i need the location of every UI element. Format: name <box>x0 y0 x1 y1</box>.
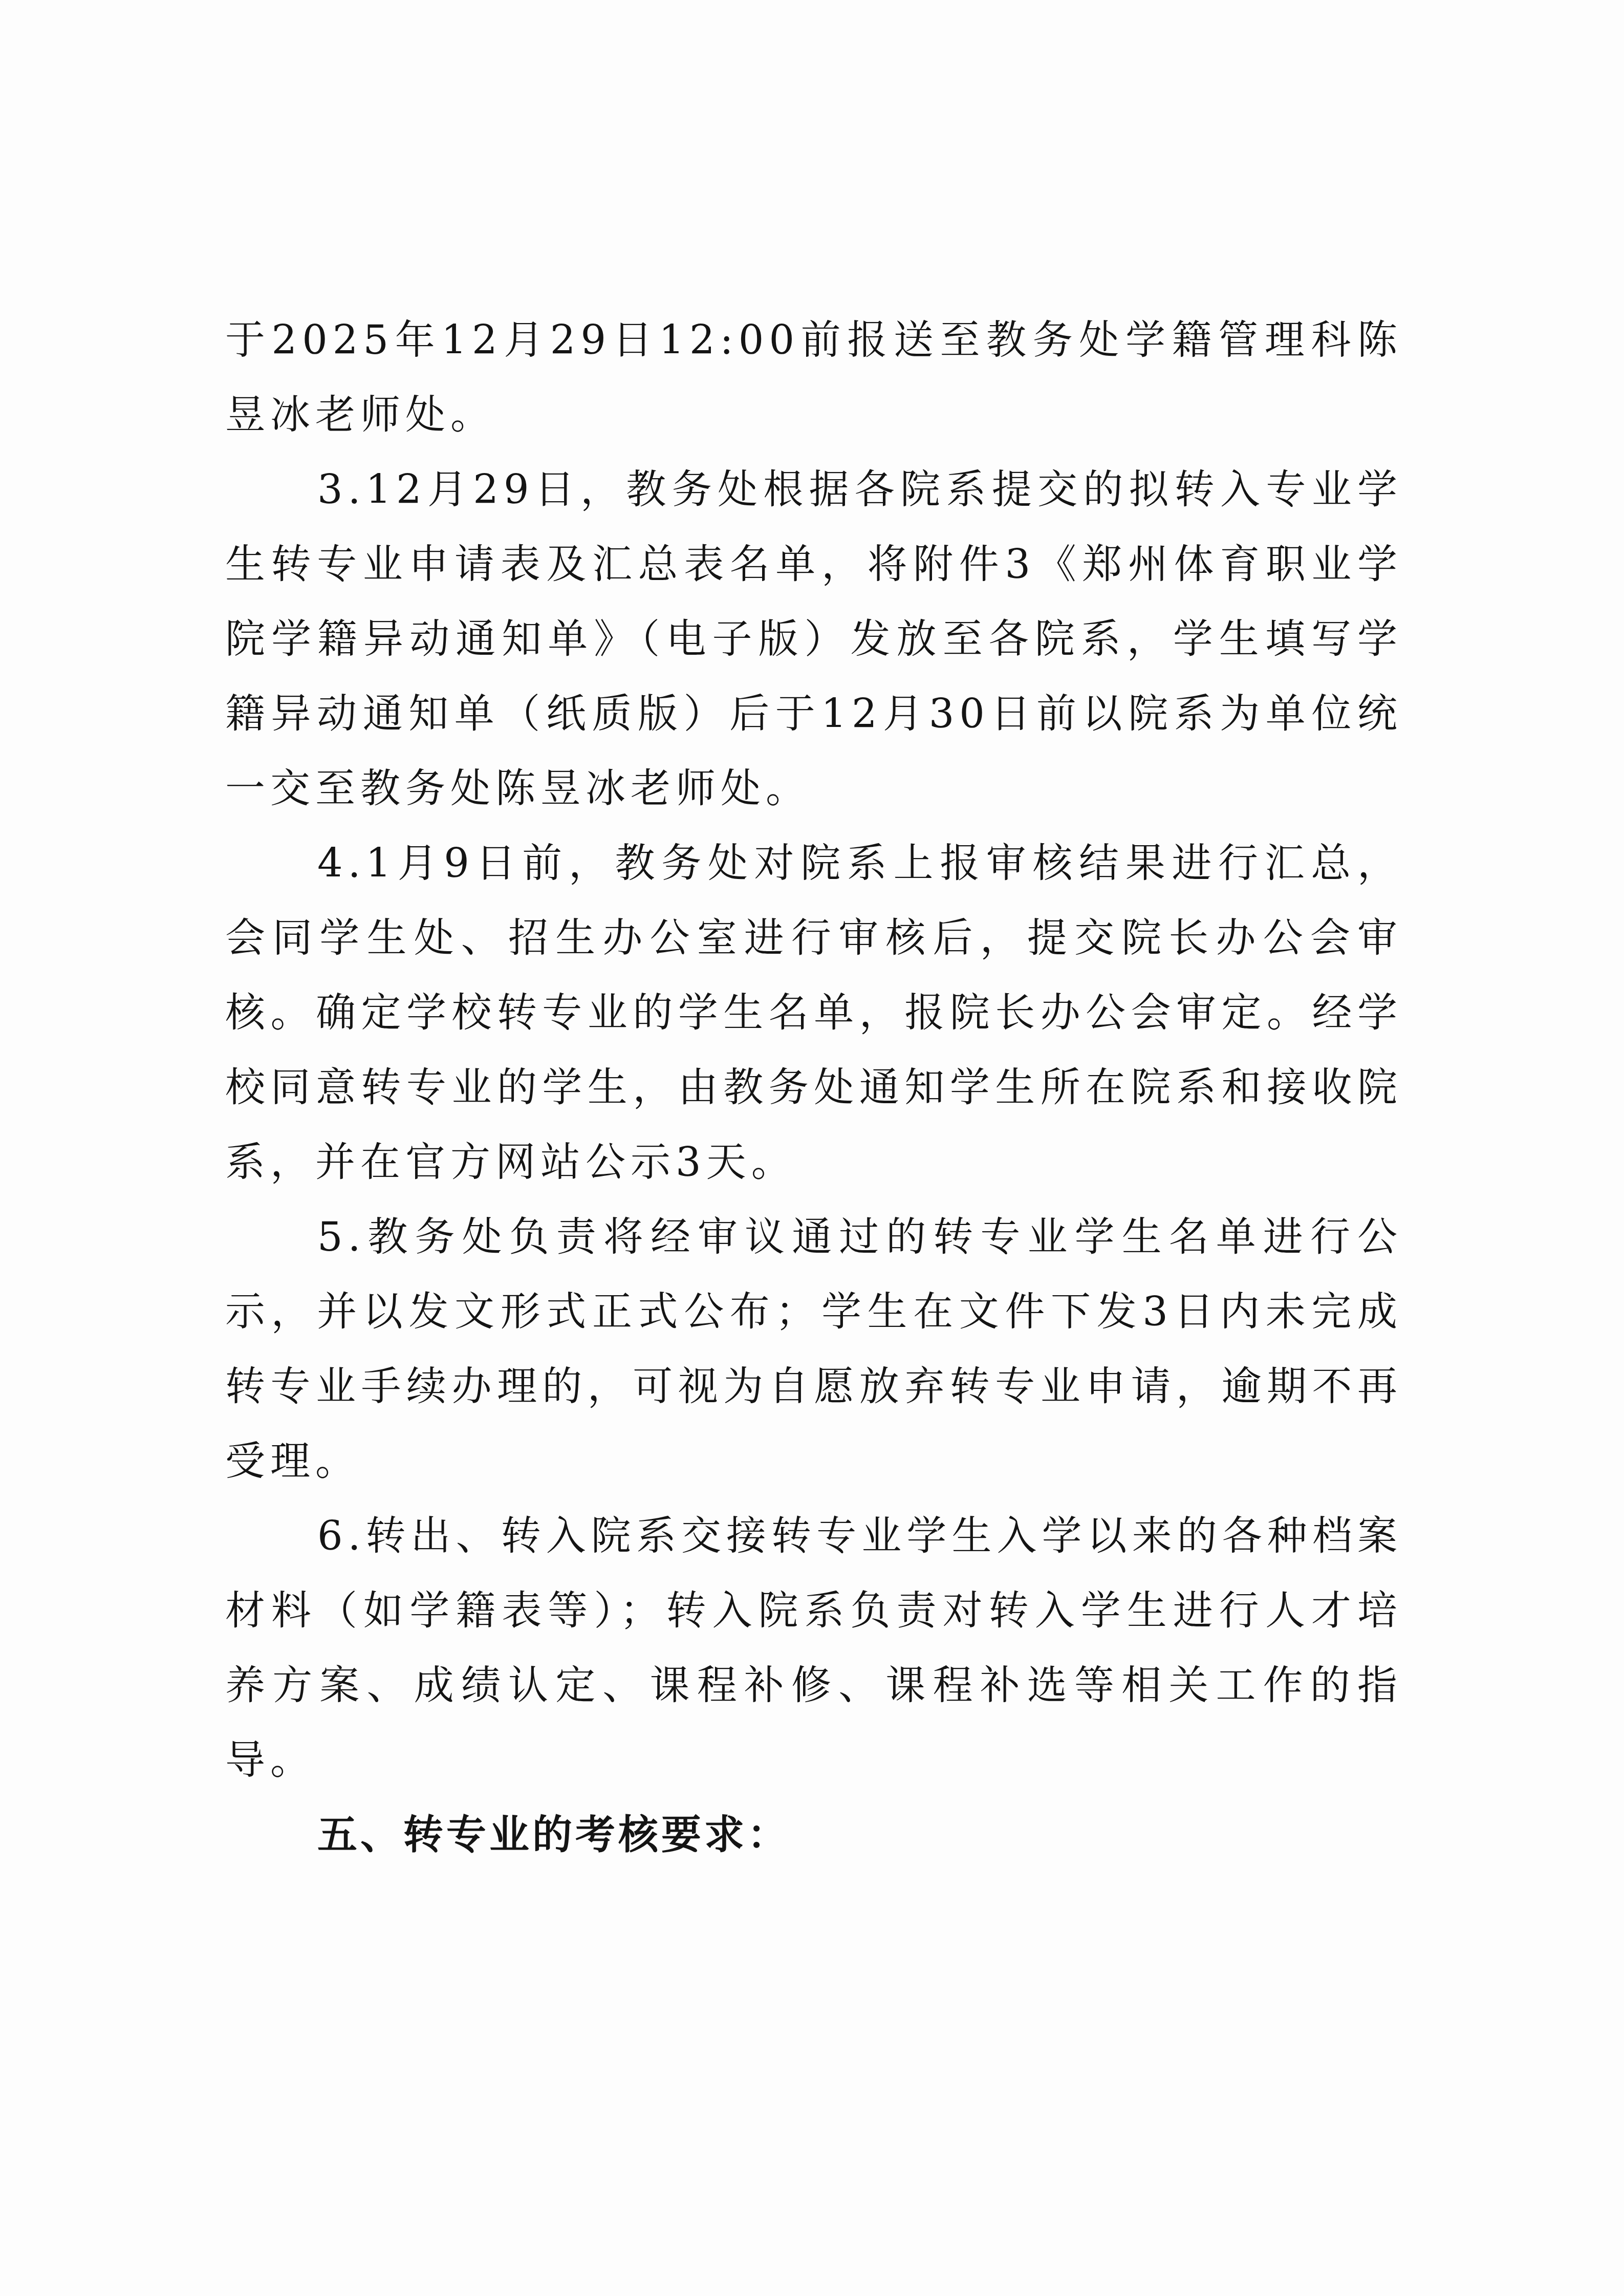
paragraph-step-5: 5.教务处负责将经审议通过的转专业学生名单进行公示，并以发文形式正式公布；学生在… <box>225 1200 1402 1499</box>
document-body: 于2025年12月29日12:00前报送至教务处学籍管理科陈昱冰老师处。 3.1… <box>225 303 1402 1873</box>
paragraph-continued: 于2025年12月29日12:00前报送至教务处学籍管理科陈昱冰老师处。 <box>225 303 1402 453</box>
paragraph-step-6: 6.转出、转入院系交接转专业学生入学以来的各种档案材料（如学籍表等）；转入院系负… <box>225 1499 1402 1798</box>
paragraph-step-3: 3.12月29日，教务处根据各院系提交的拟转入专业学生转专业申请表及汇总表名单，… <box>225 453 1402 826</box>
paragraph-step-4: 4.1月9日前，教务处对院系上报审核结果进行汇总，会同学生处、招生办公室进行审核… <box>225 826 1402 1200</box>
document-page: 于2025年12月29日12:00前报送至教务处学籍管理科陈昱冰老师处。 3.1… <box>0 0 1624 2296</box>
section-heading-assessment-requirements: 五、转专业的考核要求： <box>225 1798 1402 1873</box>
